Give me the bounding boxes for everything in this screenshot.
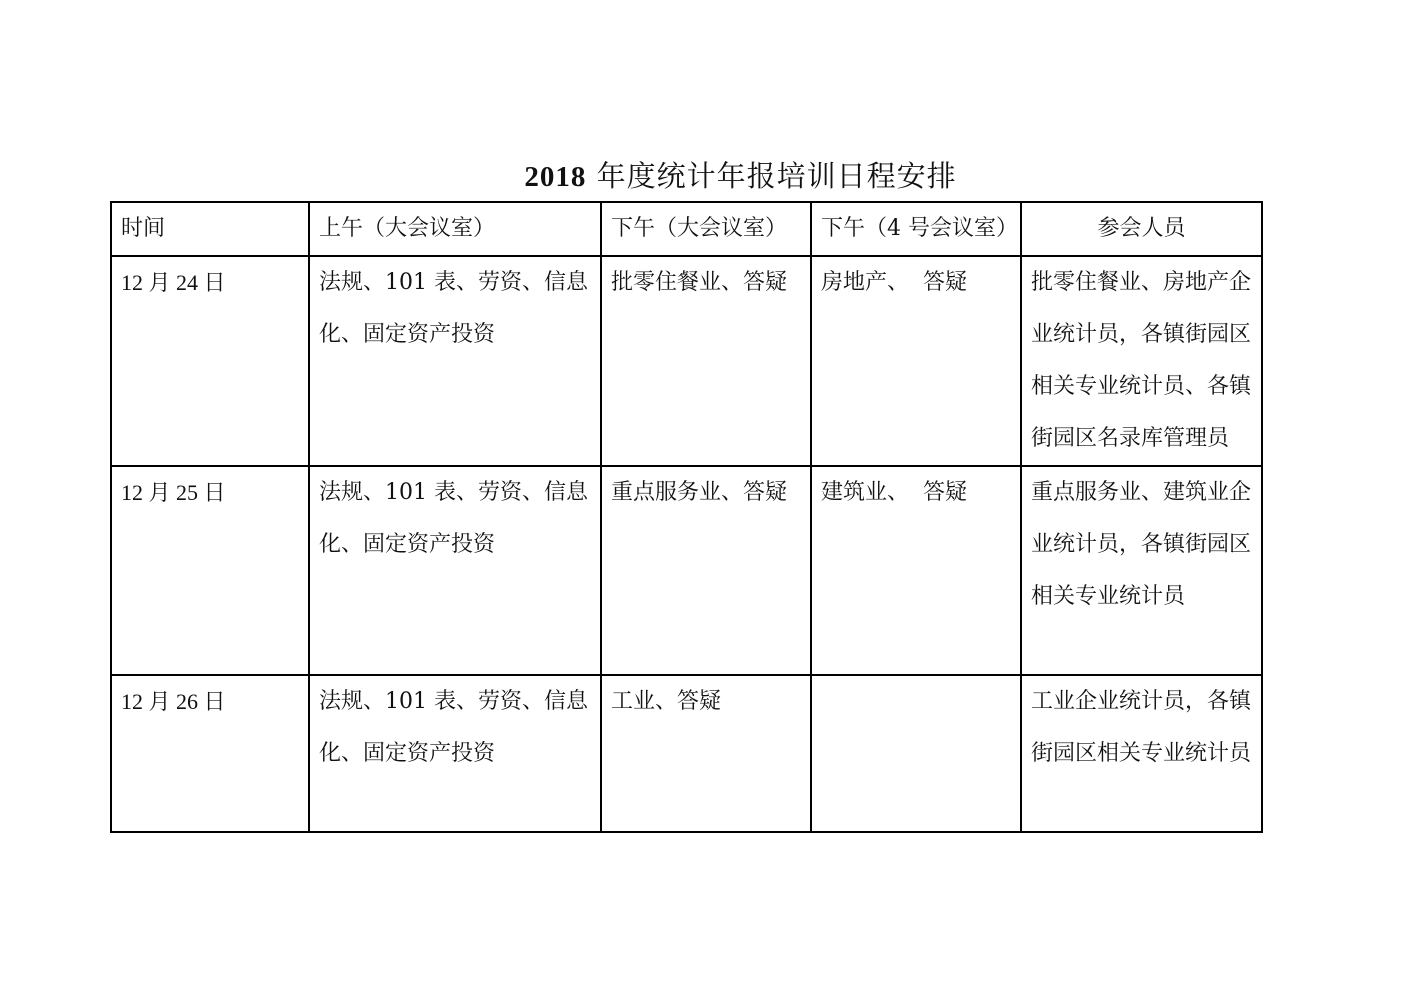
- cell-attendees: 重点服务业、建筑业企业统计员，各镇街园区相关专业统计员: [1021, 466, 1262, 675]
- cell-attendees: 批零住餐业、房地产企业统计员，各镇街园区相关专业统计员、各镇街园区名录库管理员: [1021, 256, 1262, 466]
- header-morning-main-room: 上午（大会议室）: [309, 202, 601, 256]
- header-time: 时间: [111, 202, 309, 256]
- cell-afternoon-room4: 房地产、 答疑: [811, 256, 1021, 466]
- cell-afternoon-main: 工业、答疑: [601, 675, 811, 832]
- title-year: 2018: [524, 161, 586, 193]
- header-attendees: 参会人员: [1021, 202, 1262, 256]
- cell-morning: 法规、101 表、劳资、信息化、固定资产投资: [309, 256, 601, 466]
- cell-afternoon-room4: 建筑业、 答疑: [811, 466, 1021, 675]
- table-header-row: 时间 上午（大会议室） 下午（大会议室） 下午（4 号会议室） 参会人员: [111, 202, 1262, 256]
- cell-date: 12 月 25 日: [111, 466, 309, 675]
- header-afternoon-main-room: 下午（大会议室）: [601, 202, 811, 256]
- schedule-table: 时间 上午（大会议室） 下午（大会议室） 下午（4 号会议室） 参会人员 12 …: [110, 201, 1263, 833]
- cell-attendees: 工业企业统计员，各镇街园区相关专业统计员: [1021, 675, 1262, 832]
- table-row: 12 月 24 日 法规、101 表、劳资、信息化、固定资产投资 批零住餐业、答…: [111, 256, 1262, 466]
- title-text: 年度统计年报培训日程安排: [586, 159, 956, 193]
- table-row: 12 月 25 日 法规、101 表、劳资、信息化、固定资产投资 重点服务业、答…: [111, 466, 1262, 675]
- cell-afternoon-main: 批零住餐业、答疑: [601, 256, 811, 466]
- cell-afternoon-main: 重点服务业、答疑: [601, 466, 811, 675]
- table-row: 12 月 26 日 法规、101 表、劳资、信息化、固定资产投资 工业、答疑 工…: [111, 675, 1262, 832]
- header-afternoon-room4: 下午（4 号会议室）: [811, 202, 1021, 256]
- cell-date: 12 月 24 日: [111, 256, 309, 466]
- cell-afternoon-room4: [811, 675, 1021, 832]
- cell-morning: 法规、101 表、劳资、信息化、固定资产投资: [309, 466, 601, 675]
- cell-date: 12 月 26 日: [111, 675, 309, 832]
- cell-morning: 法规、101 表、劳资、信息化、固定资产投资: [309, 675, 601, 832]
- document-title: 2018 年度统计年报培训日程安排: [0, 156, 1403, 197]
